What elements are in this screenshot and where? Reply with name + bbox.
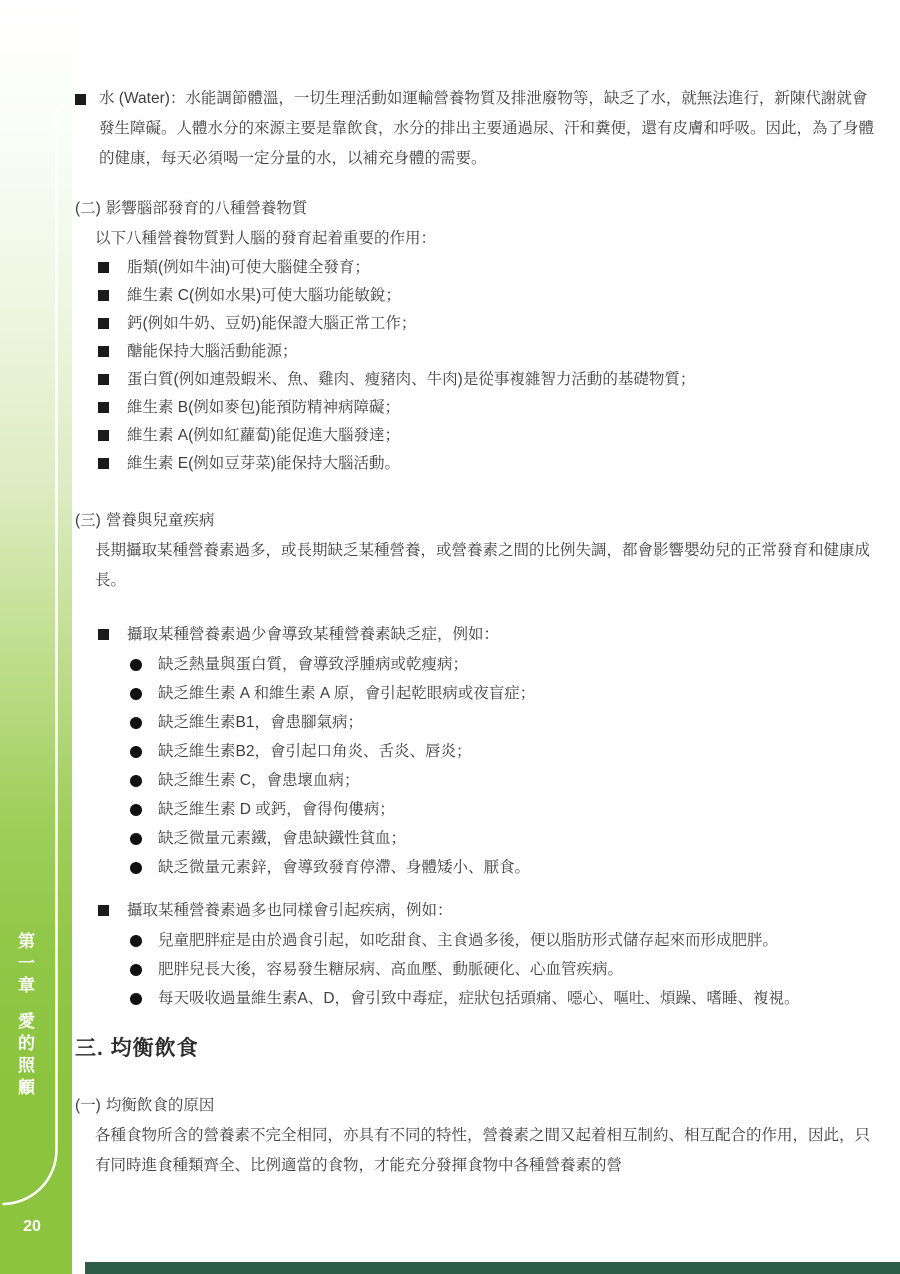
deficiency-group: 攝取某種營養素過少會導致某種營養素缺乏症，例如： 缺乏熱量與蛋白質，會導致浮腫病… bbox=[75, 620, 881, 882]
circle-bullet-icon bbox=[130, 717, 142, 729]
list-item-text: 鈣(例如牛奶、豆奶)能保證大腦正常工作； bbox=[127, 315, 416, 332]
circle-bullet-icon bbox=[130, 659, 142, 671]
list-item: 缺乏維生素 A 和維生素 A 原，會引起乾眼病或夜盲症； bbox=[130, 679, 881, 708]
chapter-number: 第一章 bbox=[15, 932, 34, 998]
list-item-text: 維生素 B(例如麥包)能預防精神病障礙； bbox=[127, 399, 400, 416]
list-item-text: 脂類(例如牛油)可使大腦健全發育； bbox=[127, 259, 370, 276]
deficiency-list: 缺乏熱量與蛋白質，會導致浮腫病或乾瘦病； 缺乏維生素 A 和維生素 A 原，會引… bbox=[98, 650, 881, 882]
circle-bullet-icon bbox=[130, 964, 142, 976]
list-item-text: 維生素 A(例如紅蘿蔔)能促進大腦發達； bbox=[127, 427, 400, 444]
section-heading: (二)影響腦部發育的八種營養物質 bbox=[75, 194, 881, 224]
section-label: (一) bbox=[75, 1097, 101, 1114]
list-item-text: 缺乏熱量與蛋白質，會導致浮腫病或乾瘦病； bbox=[158, 656, 468, 673]
list-item-text: 缺乏維生素 C，會患壞血病； bbox=[158, 772, 360, 789]
list-item: 維生素 B(例如麥包)能預防精神病障礙； bbox=[98, 394, 881, 422]
section-heading: (一)均衡飲食的原因 bbox=[75, 1091, 881, 1121]
section-title: 影響腦部發育的八種營養物質 bbox=[106, 200, 308, 217]
brain-nutrient-list: 脂類(例如牛油)可使大腦健全發育； 維生素 C(例如水果)可使大腦功能敏銳； 鈣… bbox=[75, 254, 881, 478]
section-intro: 長期攝取某種營養素過多，或長期缺乏某種營養，或營養素之間的比例失調，都會影響嬰幼… bbox=[75, 536, 881, 596]
list-item: 缺乏微量元素鋅，會導致發育停滯、身體矮小、厭食。 bbox=[130, 853, 881, 882]
water-bullet-paragraph: 水 (Water)：水能調節體溫，一切生理活動如運輸營養物質及排泄廢物等，缺乏了… bbox=[75, 84, 881, 174]
list-item-text: 兒童肥胖症是由於過食引起，如吃甜食、主食過多後，便以脂肪形式儲存起來而形成肥胖。 bbox=[158, 932, 778, 949]
chapter-sidebar: 第一章愛的照顧 20 bbox=[0, 0, 72, 1274]
list-item-text: 缺乏維生素B2，會引起口角炎、舌炎、唇炎； bbox=[158, 743, 471, 760]
list-item-text: 缺乏微量元素鋅，會導致發育停滯、身體矮小、厭食。 bbox=[158, 859, 530, 876]
section-balanced-diet-reason: (一)均衡飲食的原因 各種食物所含的營養素不完全相同，亦具有不同的特性，營養素之… bbox=[75, 1091, 881, 1181]
circle-bullet-icon bbox=[130, 993, 142, 1005]
list-item: 缺乏維生素B1，會患腳氣病； bbox=[130, 708, 881, 737]
footer-bar bbox=[85, 1262, 900, 1274]
circle-bullet-icon bbox=[130, 688, 142, 700]
section-label: (二) bbox=[75, 200, 101, 217]
group-heading-text: 攝取某種營養素過少會導致某種營養素缺乏症，例如： bbox=[127, 626, 499, 643]
circle-bullet-icon bbox=[130, 804, 142, 816]
group-heading: 攝取某種營養素過少會導致某種營養素缺乏症，例如： bbox=[98, 620, 881, 650]
list-item: 脂類(例如牛油)可使大腦健全發育； bbox=[98, 254, 881, 282]
section-label: (三) bbox=[75, 512, 101, 529]
square-bullet-icon bbox=[98, 458, 109, 469]
square-bullet-icon bbox=[98, 290, 109, 301]
list-item: 缺乏維生素 D 或鈣，會得佝僂病； bbox=[130, 795, 881, 824]
list-item: 蛋白質(例如連殼蝦米、魚、雞肉、瘦豬肉、牛肉)是從事複雜智力活動的基礎物質； bbox=[98, 366, 881, 394]
list-item: 鈣(例如牛奶、豆奶)能保證大腦正常工作； bbox=[98, 310, 881, 338]
circle-bullet-icon bbox=[130, 775, 142, 787]
circle-bullet-icon bbox=[130, 746, 142, 758]
section-body: 各種食物所含的營養素不完全相同，亦具有不同的特性，營養素之間又起着相互制約、相互… bbox=[75, 1121, 881, 1181]
circle-bullet-icon bbox=[130, 935, 142, 947]
section-heading: (三)營養與兒童疾病 bbox=[75, 506, 881, 536]
list-item: 兒童肥胖症是由於過食引起，如吃甜食、主食過多後，便以脂肪形式儲存起來而形成肥胖。 bbox=[130, 926, 881, 955]
list-item-text: 蛋白質(例如連殼蝦米、魚、雞肉、瘦豬肉、牛肉)是從事複雜智力活動的基礎物質； bbox=[127, 371, 695, 388]
list-item: 維生素 C(例如水果)可使大腦功能敏銳； bbox=[98, 282, 881, 310]
square-bullet-icon bbox=[98, 629, 109, 640]
group-heading: 攝取某種營養素過多也同樣會引起疾病，例如： bbox=[98, 896, 881, 926]
section-title: 均衡飲食的原因 bbox=[106, 1097, 215, 1114]
square-bullet-icon bbox=[98, 402, 109, 413]
list-item: 每天吸收過量維生素A、D，會引致中毒症，症狀包括頭痛、噁心、嘔吐、煩躁、嗜睡、複… bbox=[130, 984, 881, 1013]
list-item-text: 缺乏維生素 D 或鈣，會得佝僂病； bbox=[158, 801, 395, 818]
square-bullet-icon bbox=[98, 374, 109, 385]
square-bullet-icon bbox=[98, 318, 109, 329]
chapter-name: 愛的照顧 bbox=[15, 1012, 34, 1100]
list-item-text: 醣能保持大腦活動能源； bbox=[127, 343, 298, 360]
balanced-diet-heading: 三. 均衡飲食 bbox=[75, 1033, 881, 1065]
square-bullet-icon bbox=[98, 430, 109, 441]
square-bullet-icon bbox=[98, 262, 109, 273]
square-bullet-icon bbox=[98, 905, 109, 916]
section-brain-nutrients: (二)影響腦部發育的八種營養物質 以下八種營養物質對人腦的發育起着重要的作用： … bbox=[75, 194, 881, 478]
list-item-text: 維生素 E(例如豆芽菜)能保持大腦活動。 bbox=[127, 455, 400, 472]
water-bullet-text: 水 (Water)：水能調節體溫，一切生理活動如運輸營養物質及排泄廢物等，缺乏了… bbox=[99, 90, 874, 167]
excess-list: 兒童肥胖症是由於過食引起，如吃甜食、主食過多後，便以脂肪形式儲存起來而形成肥胖。… bbox=[98, 926, 881, 1013]
list-item-text: 缺乏維生素B1，會患腳氣病； bbox=[158, 714, 363, 731]
list-item-text: 缺乏微量元素鐵，會患缺鐵性貧血； bbox=[158, 830, 406, 847]
chapter-vertical-title: 第一章愛的照顧 bbox=[16, 932, 33, 1100]
page-number: 20 bbox=[0, 1218, 64, 1236]
group-heading-text: 攝取某種營養素過多也同樣會引起疾病，例如： bbox=[127, 902, 453, 919]
list-item: 缺乏維生素 C，會患壞血病； bbox=[130, 766, 881, 795]
list-item-text: 肥胖兒長大後，容易發生糖尿病、高血壓、動脈硬化、心血管疾病。 bbox=[158, 961, 623, 978]
list-item: 維生素 A(例如紅蘿蔔)能促進大腦發達； bbox=[98, 422, 881, 450]
excess-group: 攝取某種營養素過多也同樣會引起疾病，例如： 兒童肥胖症是由於過食引起，如吃甜食、… bbox=[75, 896, 881, 1013]
list-item: 醣能保持大腦活動能源； bbox=[98, 338, 881, 366]
circle-bullet-icon bbox=[130, 833, 142, 845]
page-content: 水 (Water)：水能調節體溫，一切生理活動如運輸營養物質及排泄廢物等，缺乏了… bbox=[75, 84, 881, 1181]
sidebar-divider-line bbox=[0, 0, 72, 1274]
square-bullet-icon bbox=[75, 94, 86, 105]
section-title: 營養與兒童疾病 bbox=[106, 512, 215, 529]
circle-bullet-icon bbox=[130, 862, 142, 874]
section-intro: 以下八種營養物質對人腦的發育起着重要的作用： bbox=[75, 224, 881, 254]
list-item-text: 每天吸收過量維生素A、D，會引致中毒症，症狀包括頭痛、噁心、嘔吐、煩躁、嗜睡、複… bbox=[158, 990, 800, 1007]
list-item-text: 缺乏維生素 A 和維生素 A 原，會引起乾眼病或夜盲症； bbox=[158, 685, 535, 702]
list-item: 缺乏維生素B2，會引起口角炎、舌炎、唇炎； bbox=[130, 737, 881, 766]
list-item: 缺乏微量元素鐵，會患缺鐵性貧血； bbox=[130, 824, 881, 853]
list-item: 肥胖兒長大後，容易發生糖尿病、高血壓、動脈硬化、心血管疾病。 bbox=[130, 955, 881, 984]
list-item: 缺乏熱量與蛋白質，會導致浮腫病或乾瘦病； bbox=[130, 650, 881, 679]
square-bullet-icon bbox=[98, 346, 109, 357]
list-item-text: 維生素 C(例如水果)可使大腦功能敏銳； bbox=[127, 287, 401, 304]
section-child-disease: (三)營養與兒童疾病 長期攝取某種營養素過多，或長期缺乏某種營養，或營養素之間的… bbox=[75, 506, 881, 1013]
list-item: 維生素 E(例如豆芽菜)能保持大腦活動。 bbox=[98, 450, 881, 478]
